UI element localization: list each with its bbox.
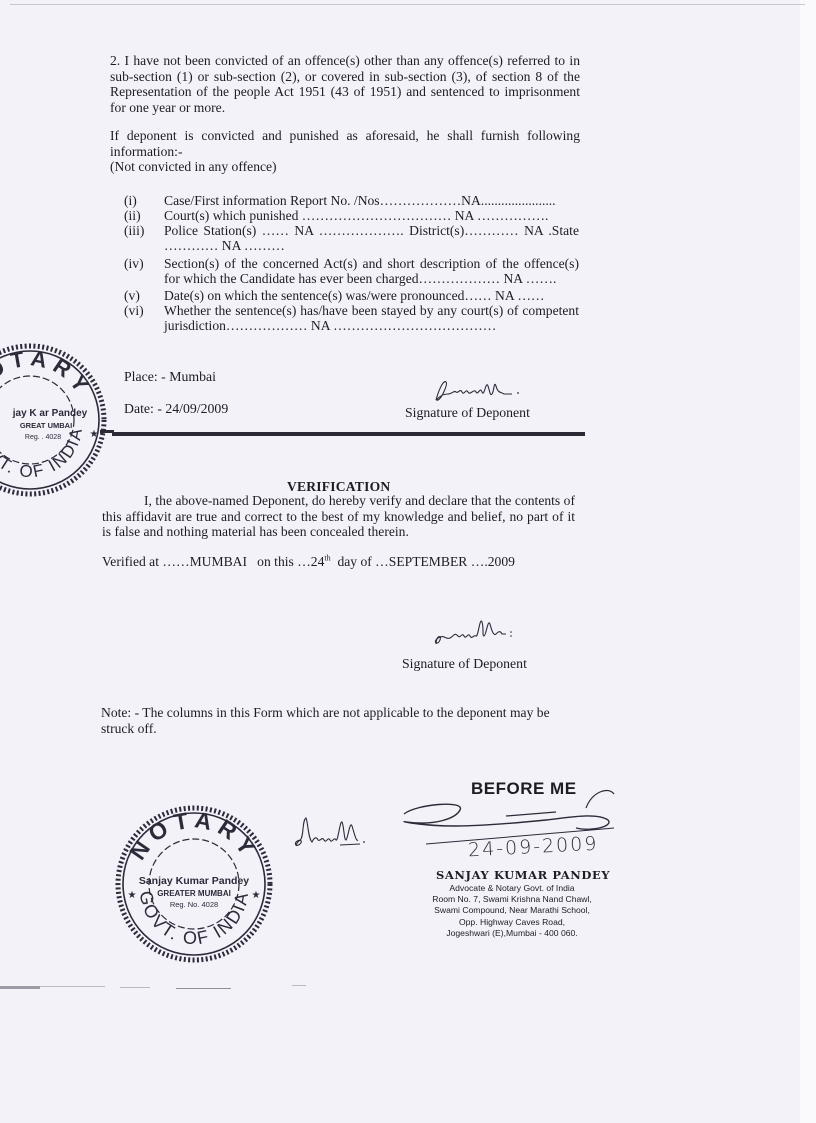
item-text: Police Station(s) …… NA ………………. District…	[164, 223, 579, 254]
status-note: (Not convicted in any offence)	[110, 159, 580, 175]
form-note-text: Note: - The columns in this Form which a…	[101, 705, 550, 736]
signature-label-1: Signature of Deponent	[405, 405, 530, 421]
list-item: (v) Date(s) on which the sentence(s) was…	[124, 288, 579, 303]
item-number: (iii)	[124, 223, 160, 238]
verified-suffix: day of …SEPTEMBER ….2009	[331, 554, 515, 569]
status-note-text: (Not convicted in any offence)	[110, 159, 277, 174]
list-item: (i) Case/First information Report No. /N…	[124, 193, 579, 208]
list-item: (ii) Court(s) which punished ………………………………	[124, 208, 579, 223]
svg-text:★: ★	[252, 890, 261, 901]
svg-text:★: ★	[128, 890, 137, 901]
item-number: (ii)	[124, 208, 160, 223]
signature-scribble-icon	[430, 376, 530, 406]
affidavit-page: { "declaration": { "paragraph_2": "2. I …	[0, 0, 816, 1123]
item-text: Whether the sentence(s) has/have been st…	[164, 303, 579, 334]
item-text: Section(s) of the concerned Act(s) and s…	[164, 256, 579, 287]
svg-text:jay K ar Pandey: jay K ar Pandey	[12, 408, 88, 419]
scan-artifact	[0, 986, 40, 989]
item-number: (iv)	[124, 256, 160, 271]
signature-scribble-icon	[290, 812, 370, 852]
signature-label-2: Signature of Deponent	[402, 656, 527, 672]
declaration-paragraph-2: 2. I have not been convicted of an offen…	[110, 53, 580, 115]
notary-address: Advocate & Notary Govt. of India Room No…	[432, 883, 592, 939]
item-text: Date(s) on which the sentence(s) was/wer…	[164, 288, 579, 303]
address-line: Jogeshwari (E),Mumbai - 400 060.	[432, 928, 592, 939]
svg-text:NOTARY: NOTARY	[0, 345, 97, 401]
paragraph-2-text: 2. I have not been convicted of an offen…	[110, 53, 580, 115]
item-number: (vi)	[124, 303, 160, 318]
item-number: (v)	[124, 288, 160, 303]
signature-scribble-icon	[428, 614, 538, 650]
notary-name: SANJAY KUMAR PANDEY	[436, 868, 610, 882]
notary-stamp-partial: NOTARY GOVT. OF INDIA jay K ar Pandey GR…	[0, 343, 113, 498]
svg-text:GOVT. OF INDIA: GOVT. OF INDIA	[136, 889, 253, 948]
notary-stamp: NOTARY GOVT. OF INDIA Sanjay Kumar Pande…	[114, 804, 274, 964]
verification-body: I, the above-named Deponent, do hereby v…	[102, 493, 575, 540]
deponent-signature-2	[428, 614, 538, 655]
list-item: (iv) Section(s) of the concerned Act(s) …	[124, 256, 579, 287]
address-line: Room No. 7, Swami Krishna Nand Chawl,	[432, 894, 592, 905]
address-line: Opp. Highway Caves Road,	[432, 917, 592, 928]
list-item: (iii) Police Station(s) …… NA ………………. Di…	[124, 223, 579, 254]
item-text: Case/First information Report No. /Nos………	[164, 193, 579, 208]
furnish-note-text: If deponent is convicted and punished as…	[110, 128, 580, 159]
svg-text:Sanjay Kumar Pandey: Sanjay Kumar Pandey	[139, 875, 249, 887]
scan-edge	[800, 0, 816, 1123]
svg-text:NOTARY: NOTARY	[124, 806, 264, 864]
scan-artifact	[40, 986, 105, 987]
address-line: Swami Compound, Near Marathi School,	[432, 905, 592, 916]
svg-text:Reg. No. 4028: Reg. No. 4028	[170, 900, 218, 909]
scan-artifact	[176, 988, 231, 989]
verified-at-line: Verified at ……MUMBAI on this …24th day o…	[102, 554, 515, 570]
place-field: Place: - Mumbai	[124, 369, 216, 385]
form-note: Note: - The columns in this Form which a…	[101, 705, 581, 736]
date-field: Date: - 24/09/2009	[124, 401, 228, 417]
item-text: Court(s) which punished …………………………… NA ……	[164, 208, 579, 223]
scan-artifact	[120, 987, 150, 988]
svg-text:GREATER MUMBAI: GREATER MUMBAI	[157, 889, 231, 898]
address-line: Advocate & Notary Govt. of India	[432, 883, 592, 894]
list-item: (vi) Whether the sentence(s) has/have be…	[124, 303, 579, 334]
svg-text:★: ★	[90, 429, 99, 440]
deponent-signature-3	[290, 812, 370, 857]
section-divider	[112, 432, 585, 436]
svg-text:Reg. . 4028: Reg. . 4028	[25, 434, 61, 441]
item-number: (i)	[124, 193, 160, 208]
verified-prefix: Verified at ……MUMBAI on this …24	[102, 554, 324, 569]
page-top-edge	[10, 4, 805, 5]
scan-artifact	[292, 985, 306, 986]
verification-body-text: I, the above-named Deponent, do hereby v…	[102, 493, 575, 539]
svg-text:GREAT UMBAI: GREAT UMBAI	[20, 421, 72, 430]
furnish-note: If deponent is convicted and punished as…	[110, 128, 580, 159]
